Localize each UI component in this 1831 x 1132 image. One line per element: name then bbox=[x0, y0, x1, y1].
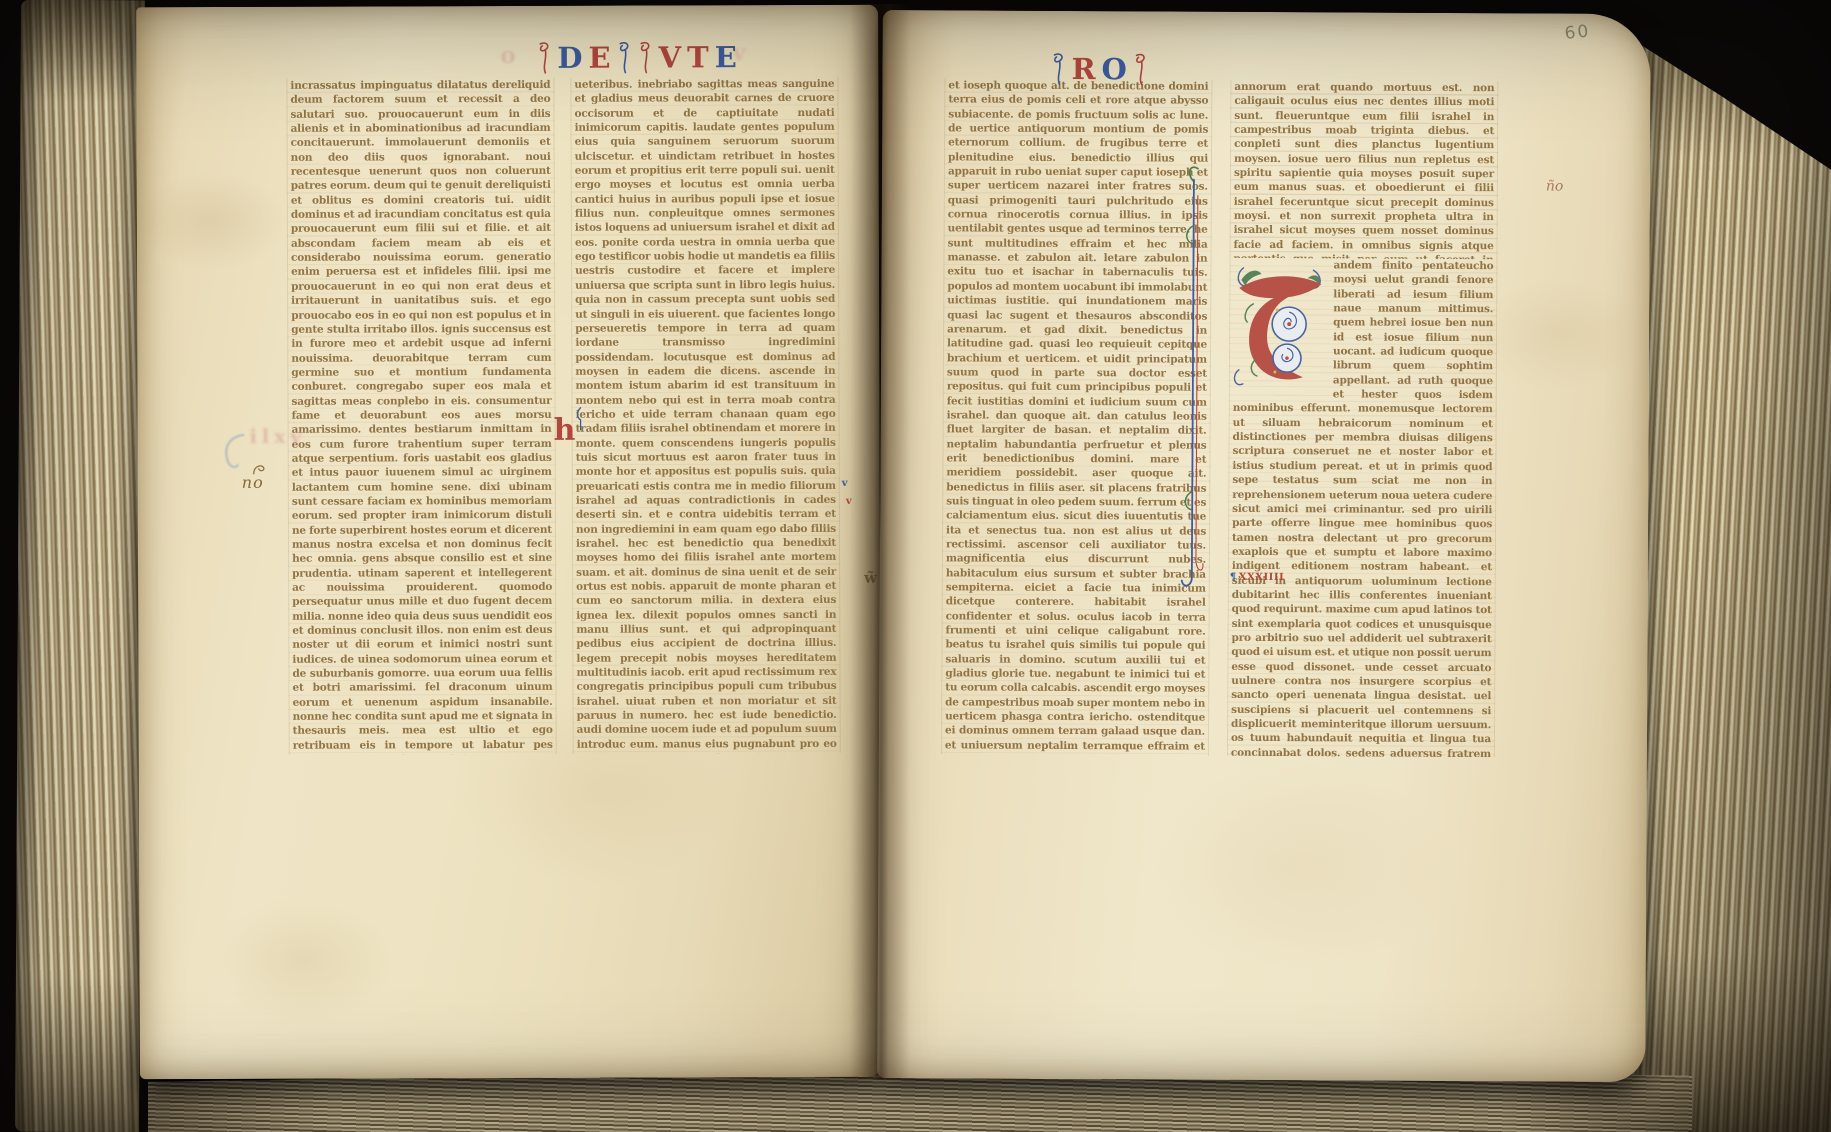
paraph-mark-blue: v bbox=[842, 479, 848, 489]
running-title-letter: D bbox=[557, 43, 582, 73]
gutter-nota-mark: w̃ bbox=[864, 571, 877, 586]
page-edges-left-stack bbox=[15, 0, 145, 1132]
running-title-letter: E bbox=[588, 43, 610, 73]
paraph-icon: ¶ bbox=[1230, 572, 1237, 583]
column-2-joshua-prologue: andem finito pentateucho moysi uelut gra… bbox=[1227, 258, 1498, 757]
left-page-column-1: incrassatus impinguatus dilatatus dereli… bbox=[286, 78, 556, 755]
pen-flourish-icon bbox=[638, 39, 653, 75]
pen-flourish-icon bbox=[1133, 51, 1148, 87]
column-2-deuteronomy-end: annorum erat quando mortuus est. non cal… bbox=[1230, 80, 1499, 259]
running-title-right: RO bbox=[1050, 51, 1148, 88]
running-title-letter: R bbox=[1071, 54, 1095, 84]
right-page-column-2: annorum erat quando mortuus est. non cal… bbox=[1227, 80, 1499, 757]
running-title-left: DEVTE bbox=[536, 39, 737, 76]
illuminated-initial-T bbox=[1233, 260, 1326, 392]
manuscript-photo: o v DEVTE incrassatus impinguatus dilata… bbox=[0, 0, 1831, 1132]
left-page: o v DEVTE incrassatus impinguatus dilata… bbox=[136, 5, 882, 1080]
chapter-numeral: ¶XXXIIII bbox=[1230, 572, 1284, 583]
pen-flourish-icon bbox=[617, 40, 632, 76]
chapter-numeral-text: XXXIIII bbox=[1239, 572, 1285, 583]
pen-flourish-icon bbox=[536, 40, 551, 76]
running-title-letter: O bbox=[1102, 54, 1127, 84]
filigree-tail-icon bbox=[1180, 162, 1208, 594]
left-page-column-2: ueteribus. inebriabo sagittas meas sangu… bbox=[570, 77, 840, 754]
pen-flourish-icon bbox=[1050, 51, 1065, 87]
ghost-header-letter: o bbox=[500, 44, 515, 68]
note-curl-icon bbox=[252, 462, 266, 476]
running-title-letter: E bbox=[715, 42, 737, 72]
right-page-column-1: et ioseph quoque ait. de benedictione do… bbox=[941, 78, 1213, 755]
margin-note-no: no bbox=[242, 475, 264, 491]
folio-number: 60 bbox=[1564, 22, 1591, 42]
margin-note-nio: ño bbox=[1546, 179, 1564, 193]
right-page: RO 60 ño et ioseph quoque ait. de benedi… bbox=[877, 10, 1651, 1082]
ghost-flourish-icon bbox=[222, 431, 248, 471]
running-title-letter: T bbox=[687, 42, 709, 72]
running-title-letter: V bbox=[659, 42, 682, 72]
paraph-mark-red: v bbox=[846, 497, 852, 507]
chapter-initial-h: h bbox=[554, 406, 586, 446]
initial-h-letter: h bbox=[554, 413, 576, 448]
pen-flourish-icon bbox=[575, 406, 585, 432]
